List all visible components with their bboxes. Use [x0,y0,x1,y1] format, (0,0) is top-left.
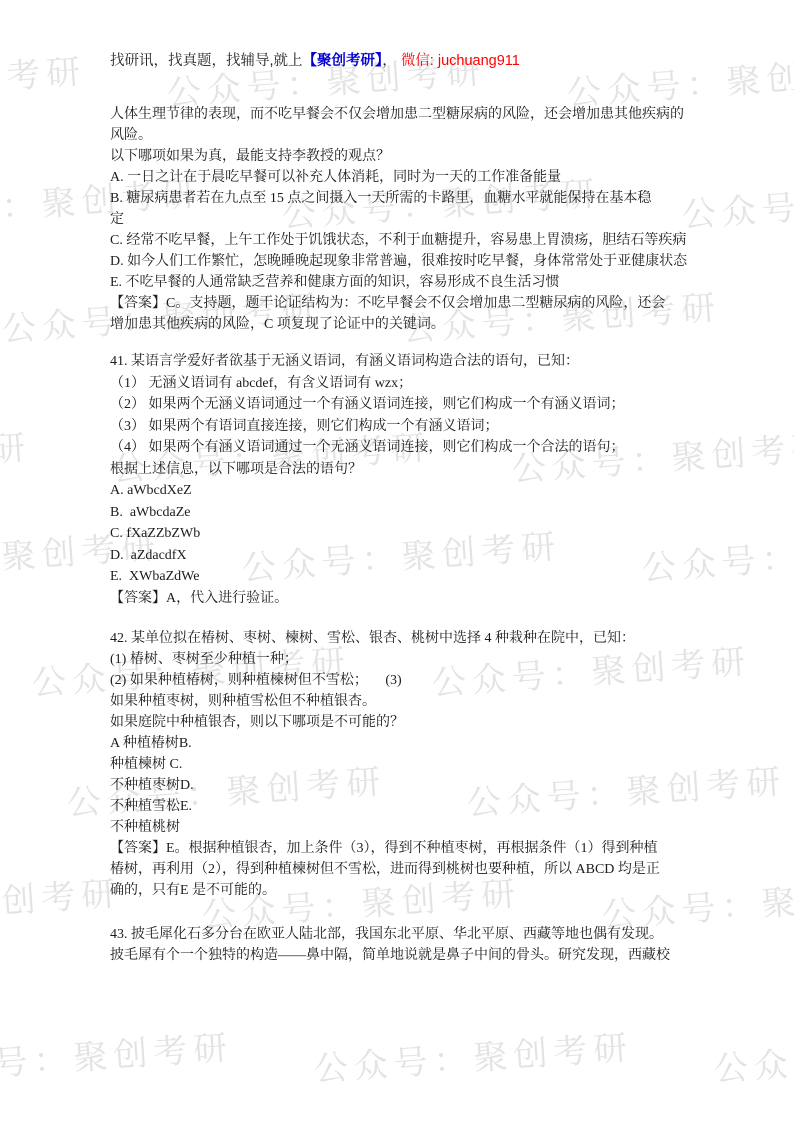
text-line: 如果庭院中种植银杏，则以下哪项是不可能的？ [110,712,710,733]
wechat-contact-text: 微信: juchuang911 [401,53,520,69]
text-line: A. 一日之计在于晨吃早餐可以补充人体消耗，同时为一天的工作准备能量 [110,167,710,188]
watermark-text: 公众号：聚创考研 [0,1020,235,1091]
header-prefix-text: 找研讯，找真题，找辅导,就上 [110,53,303,69]
text-line: 【答案】C。支持题，题干论证结构为：不吃早餐会不仅会增加患二型糖尿病的风险，还会 [110,293,710,314]
text-line: （3） 如果两个有语词直接连接，则它们构成一个有涵义语词； [110,416,710,438]
text-line: D. 如今人们工作繁忙，怎晚睡晚起现象非常普遍，很难按时吃早餐，身体常常处于亚健… [110,251,710,272]
text-line: 【答案】A，代入进行验证。 [110,588,710,610]
text-line: 不种植枣树D. [110,775,710,796]
text-line: 种植楝树 C. [110,754,710,775]
text-line: 不种植桃树 [110,817,710,838]
text-line: 41. 某语言学爱好者欲基于无涵义语词，有涵义语词构造合法的语句，已知： [110,351,710,373]
text-line: C. fXaZZbZWb [110,523,710,545]
text-line: (1) 椿树、枣树至少种植一种； [110,649,710,670]
document-page: 公众号：聚创考研公众号：聚创考研公众号：聚创考研公众号：聚创考研公众号：聚创考研… [0,0,794,1122]
text-line: 如果种植枣树，则种植雪松但不种植银杏。 [110,691,710,712]
text-line: 确的，只有E 是不可能的。 [110,880,710,901]
text-line: D. aZdacdfX [110,545,710,567]
text-line: A. aWbcdXeZ [110,480,710,502]
text-line: 不种植雪松E. [110,796,710,817]
header-separator: ， [382,53,401,69]
text-line: (2) 如果种植椿树，则种植楝树但不雪松； (3) [110,670,710,691]
question-40-remainder: 人体生理节律的表现，而不吃早餐会不仅会增加患二型糖尿病的风险，还会增加患其他疾病… [110,104,710,335]
text-line: E. 不吃早餐的人通常缺乏营养和健康方面的知识，容易形成不良生活习惯 [110,272,710,293]
text-line: 椿树，再利用（2），得到种植楝树但不雪松，进而得到桃树也要种植，所以 ABCD … [110,859,710,880]
watermark-text: 公众号：聚创考研 [312,1020,635,1091]
text-line: C. 经常不吃早餐，上午工作处于饥饿状态，不利于血糖提升，容易患上胃溃疡，胆结石… [110,230,710,251]
text-line: 43. 披毛犀化石多分台在欧亚人陆北部，我国东北平原、华北平原、西藏等地也偶有发… [110,924,710,945]
question-43: 43. 披毛犀化石多分台在欧亚人陆北部，我国东北平原、华北平原、西藏等地也偶有发… [110,924,710,966]
question-41: 41. 某语言学爱好者欲基于无涵义语词，有涵义语词构造合法的语句，已知：（1） … [110,351,710,609]
text-line: （1） 无涵义语词有 abcdef，有含义语词有 wzx； [110,373,710,395]
text-line: 42. 某单位拟在椿树、枣树、楝树、雪松、银杏、桃树中选择 4 种栽种在院中，已… [110,628,710,649]
watermark-text: 公众号：聚创考研 [0,866,123,937]
text-line: 披毛犀有个一个独特的构造——鼻中隔，简单地说就是鼻子中间的骨头。研究发现，西藏校 [110,945,710,966]
question-42: 42. 某单位拟在椿树、枣树、楝树、雪松、银杏、桃树中选择 4 种栽种在院中，已… [110,628,710,901]
header-promo-line: 找研讯，找真题，找辅导,就上【聚创考研】， 微信: juchuang911 [110,52,520,70]
text-line: 以下哪项如果为真，最能支持李教授的观点？ [110,146,710,167]
document-body: 人体生理节律的表现，而不吃早餐会不仅会增加患二型糖尿病的风险，还会增加患其他疾病… [110,104,710,966]
text-line: 人体生理节律的表现，而不吃早餐会不仅会增加患二型糖尿病的风险，还会增加患其他疾病… [110,104,710,125]
text-line: （2） 如果两个无涵义语词通过一个有涵义语词连接，则它们构成一个有涵义语词； [110,394,710,416]
brand-text: 【聚创考研】 [303,53,383,69]
text-line: A 种植椿树B. [110,733,710,754]
text-line: 根据上述信息，以下哪项是合法的语句？ [110,459,710,481]
text-line: 风险。 [110,125,710,146]
watermark-text: 公众号：聚创考研 [0,44,88,115]
text-line: B. aWbcdaZe [110,502,710,524]
text-line: 增加患其他疾病的风险，C 项复现了论证中的关键词。 [110,314,710,335]
text-line: （4） 如果两个有涵义语词通过一个无涵义语词连接，则它们构成一个合法的语句； [110,437,710,459]
text-line: 定 [110,209,710,230]
text-line: E. XWbaZdWe [110,566,710,588]
watermark-text: 公众号：聚创考研 [712,1020,794,1091]
text-line: 【答案】E。根据种植银杏，加上条件（3），得到不种植枣树，再根据条件（1）得到种… [110,838,710,859]
text-line: B. 糖尿病患者若在九点至 15 点之间摄入一天所需的卡路里，血糖水平就能保持在… [110,188,710,209]
watermark-text: 公众号：聚创考研 [0,420,33,491]
